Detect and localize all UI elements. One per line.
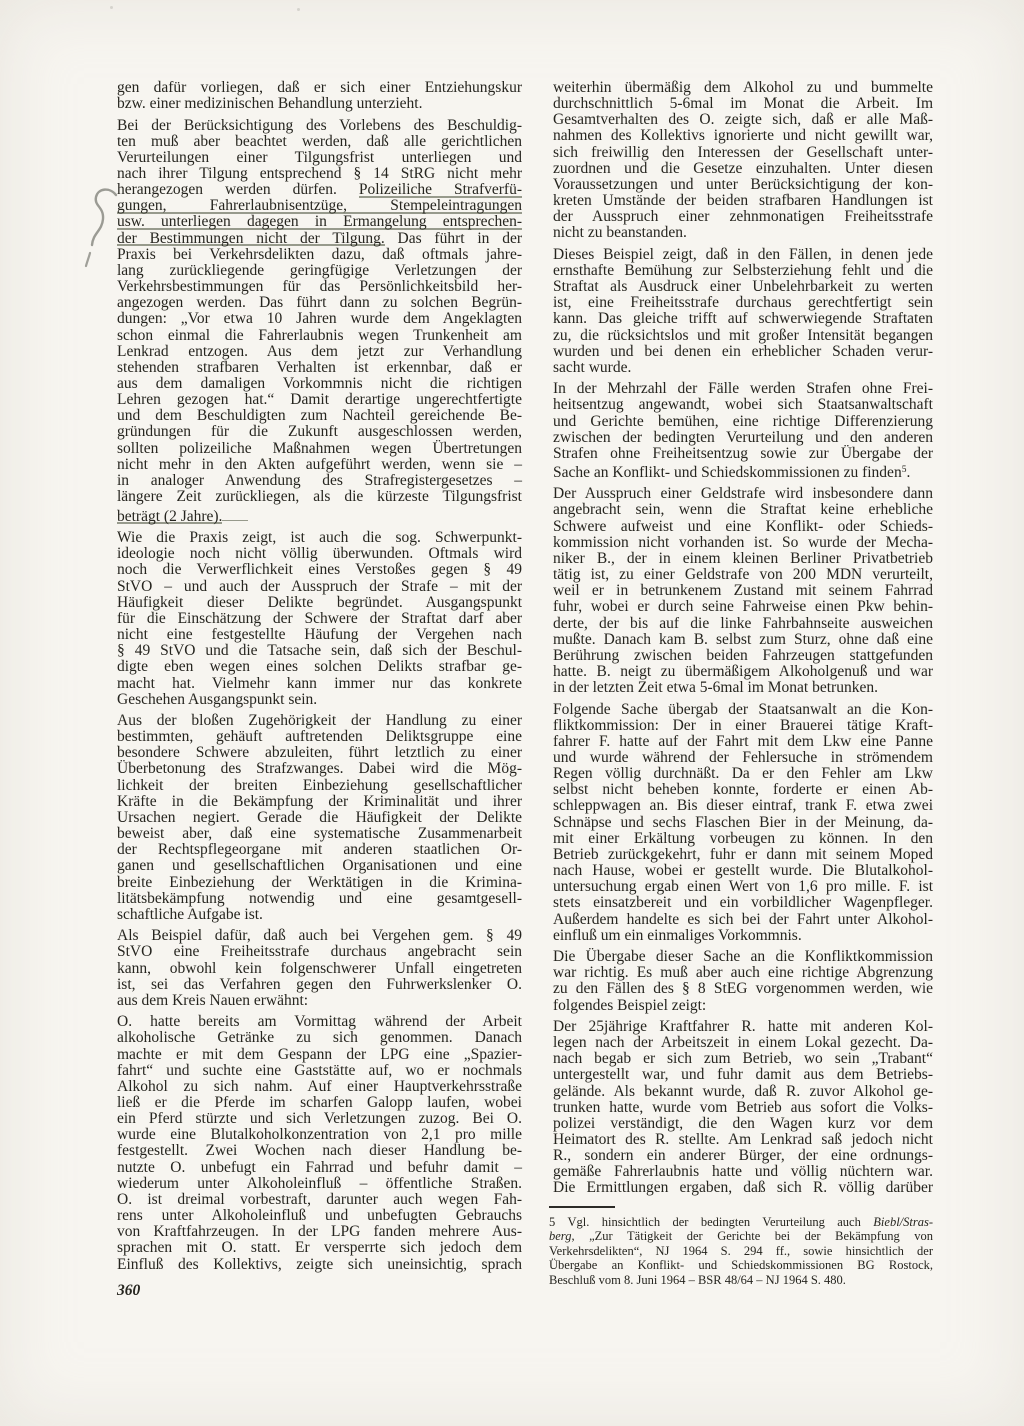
text-line: Verkehrsbestimmungen für das Persönlichk… bbox=[117, 279, 522, 295]
text-line: Berührung zwischen beiden Fahrzeugen sta… bbox=[553, 648, 933, 664]
text-line: gemäße Fahrerlaubnis hatte und völlig nü… bbox=[553, 1164, 933, 1180]
text-line: wurde eine Blutalkoholkonzentration von … bbox=[117, 1127, 522, 1143]
text-line: der Rechtspflegeorgane mit anderen staat… bbox=[117, 842, 522, 858]
text-line: legen nach der Arbeitszeit in einem Loka… bbox=[553, 1035, 933, 1051]
text-line: hatte. B. neigt zu übermäßigem Alkoholge… bbox=[553, 664, 933, 680]
text-line: kann. Das gleiche trifft auf schwerwiege… bbox=[553, 311, 933, 327]
text-line: nahmen des Kollektivs ignorierte und nic… bbox=[553, 128, 933, 144]
text-line: gen dafür vorliegen, daß er sich einer E… bbox=[117, 80, 522, 96]
text-line: litätsbekämpfung notwendig und eine gesa… bbox=[117, 891, 522, 907]
text-line: trunken hatte, wurde vom Betrieb aus sof… bbox=[553, 1100, 933, 1116]
text-line: Der Ausspruch einer Geldstrafe wird insb… bbox=[553, 486, 933, 502]
text-line: ganen und gesellschaftlichen Organisatio… bbox=[117, 858, 522, 874]
text-line: heitsentzug angewandt, wobei sich Staats… bbox=[553, 397, 933, 413]
text-line: und wurde während der Fehlersuche in str… bbox=[553, 750, 933, 766]
text-line: sollten polizeiliche Maßnahmen wegen Übe… bbox=[117, 441, 522, 457]
text-line: zuordnen und die Gesetze einzuhalten. Un… bbox=[553, 161, 933, 177]
text-line: Verurteilungen einer Tilgungsfrist unter… bbox=[117, 150, 522, 166]
text-line: ten muß aber beachtet werden, daß alle g… bbox=[117, 134, 522, 150]
text-column-right: weiterhin übermäßig dem Alkohol zu und b… bbox=[553, 80, 933, 1202]
text-line: ein Pferd stürzte und sich Verletzungen … bbox=[117, 1111, 522, 1127]
scanned-page: gen dafür vorliegen, daß er sich einer E… bbox=[0, 0, 1024, 1426]
text-line: längere Zeit zurückliegen, als die kürze… bbox=[117, 489, 522, 505]
text-line: usw. unterliegen dagegen in Ermangelung … bbox=[117, 214, 522, 230]
text-line: nach begab er sich zum Betrieb, wo sein … bbox=[553, 1051, 933, 1067]
paragraph: O. hatte bereits am Vormittag während de… bbox=[117, 1014, 522, 1273]
text-line: Geschehen Ausgangspunkt sein. bbox=[117, 692, 522, 708]
text-line: fahrt“ und suchte eine Gaststätte auf, w… bbox=[117, 1063, 522, 1079]
text-line: Einfluß des Kollektivs, zeigte sich unei… bbox=[117, 1257, 522, 1273]
text-line: angebracht sein, wenn die Straftat keine… bbox=[553, 502, 933, 518]
text-line: Lehren gezogen hat.“ Damit derartige ung… bbox=[117, 392, 522, 408]
text-line: StVO – und auch der Ausspruch der Strafe… bbox=[117, 579, 522, 595]
paragraph: Der 25jährige Kraftfahrer R. hatte mit a… bbox=[553, 1019, 933, 1197]
text-line: O. hatte bereits am Vormittag während de… bbox=[117, 1014, 522, 1030]
text-line: breite Einbeziehung der Werktätigen in d… bbox=[117, 875, 522, 891]
paragraph: Folgende Sache übergab der Staatsanwalt … bbox=[553, 702, 933, 944]
text-line: untersuchung ergab einen Wert von 1,6 pr… bbox=[553, 879, 933, 895]
text-line: von Kraftfahrzeugen. In der LPG fanden m… bbox=[117, 1224, 522, 1240]
text-line: war richtig. Es muß aber auch eine richt… bbox=[553, 965, 933, 981]
paragraph: Dieses Beispiel zeigt, daß in den Fällen… bbox=[553, 247, 933, 376]
text-line: Überbetonung des Strafzwanges. Dabei wir… bbox=[117, 761, 522, 777]
text-line: kreten Umstände der beiden strafbaren Ha… bbox=[553, 193, 933, 209]
text-line: der Bestimmungen nicht der Tilgung. Das … bbox=[117, 231, 522, 247]
text-line: O. ist dreimal vorbestraft, darunter auc… bbox=[117, 1192, 522, 1208]
text-line: ideologie noch nicht völlig überwunden. … bbox=[117, 546, 522, 562]
text-line: Regen völlig durchnäßt. Da er den Fehler… bbox=[553, 766, 933, 782]
text-line: macht hat. Vielmehr kann immer nur das k… bbox=[117, 676, 522, 692]
text-line: nicht mehr in den Akten aufgeführt werde… bbox=[117, 457, 522, 473]
text-line: StVO eine Freiheitsstrafe durchaus angeb… bbox=[117, 944, 522, 960]
text-line: mußte. Danach kam B. selbst zum Sturz, o… bbox=[553, 632, 933, 648]
text-line: sprachen mit O. statt. Er versperrte sic… bbox=[117, 1240, 522, 1256]
text-line: In der Mehrzahl der Fälle werden Strafen… bbox=[553, 381, 933, 397]
text-line: schleppwagen an. Bis dieser eintraf, tra… bbox=[553, 798, 933, 814]
text-line: bzw. einer medizinischen Behandlung unte… bbox=[117, 96, 522, 112]
pencil-underlined-text: usw. unterliegen dagegen in Ermangelung … bbox=[117, 213, 522, 230]
text-line: Praxis bei Verkehrsdelikten dazu, daß of… bbox=[117, 247, 522, 263]
text-line: Straftat als Ausdruck einer Unbelehrbark… bbox=[553, 279, 933, 295]
text-line: Folgende Sache übergab der Staatsanwalt … bbox=[553, 702, 933, 718]
paragraph: In der Mehrzahl der Fälle werden Strafen… bbox=[553, 381, 933, 481]
text-line: Schnäpse und sechs Flaschen Bier in der … bbox=[553, 815, 933, 831]
text-line: Ursachen negiert. Gerade die Häufigkeit … bbox=[117, 810, 522, 826]
pencil-underlined-text: beträgt (2 Jahre). bbox=[117, 508, 222, 525]
text-line: berg, „Zur Tätigkeit der Gerichte bei de… bbox=[549, 1229, 933, 1243]
text-line: nutzte O. unbefugt ein Fahrrad und befuh… bbox=[117, 1160, 522, 1176]
text-line: Häufigkeit dieser Delikte begründet. Aus… bbox=[117, 595, 522, 611]
text-column-left: gen dafür vorliegen, daß er sich einer E… bbox=[117, 80, 522, 1278]
text-line: durchschnittlich 5-6mal im Monat die Arb… bbox=[553, 96, 933, 112]
text-line: kann, obwohl kein folgenschwerer Unfall … bbox=[117, 961, 522, 977]
text-line: herangezogen werden dürfen. Polizeiliche… bbox=[117, 182, 522, 198]
text-line: selbst nicht beheben konnte, forderte er… bbox=[553, 782, 933, 798]
pencil-underlined-text: gungen, Fahrerlaubnisentzüge, Stempelein… bbox=[117, 197, 522, 214]
text-line: derte, der bis auf die linke Fahrbahnsei… bbox=[553, 616, 933, 632]
scan-speck bbox=[110, 6, 113, 9]
text-line: zwischen der bedingten Verurteilung und … bbox=[553, 430, 933, 446]
text-line: der Ausspruch einer zehnmonatigen Freihe… bbox=[553, 209, 933, 225]
text-line: wurden und bei denen ein erheblicher Sch… bbox=[553, 344, 933, 360]
text-line: Heimatort des R. stellte. Am Lenkrad saß… bbox=[553, 1132, 933, 1148]
text-line: sich freiwillig den Interessen der Gesel… bbox=[553, 145, 933, 161]
text-line: alkoholische Getränke zu sich genommen. … bbox=[117, 1030, 522, 1046]
text-line: Gesamtverhalten des O. zeigte sich, daß … bbox=[553, 112, 933, 128]
text-line: und Gerichte bemühen, eine richtige Diff… bbox=[553, 414, 933, 430]
text-line: wiederum unter Alkoholeinfluß – öffentli… bbox=[117, 1176, 522, 1192]
text-line: zu, die rücksichtslos und mit großer Int… bbox=[553, 328, 933, 344]
text-line: Lenkrad entzogen. Aus dem jetzt zur Verh… bbox=[117, 344, 522, 360]
text-line: ließ er die Pferde im scharfen Galopp la… bbox=[117, 1095, 522, 1111]
text-line: Verkehrsdelikten“, NJ 1964 S. 294 ff., s… bbox=[549, 1244, 933, 1258]
text-line: Sache an Konflikt- und Schiedskommission… bbox=[553, 462, 933, 481]
text-line: aus dem damaligen Vorkommnis nicht die r… bbox=[117, 376, 522, 392]
pencil-underlined-text: der Bestimmungen nicht der Tilgung. bbox=[117, 230, 385, 247]
text-line: fliktkommission: Der in einer Brauerei t… bbox=[553, 718, 933, 734]
text-line: digte eben wegen eines solchen Delikts s… bbox=[117, 659, 522, 675]
text-line: stehenden strafbaren Verhalten ist erken… bbox=[117, 360, 522, 376]
text-line: fuhr, wobei er durch seine Fahrweise ein… bbox=[553, 599, 933, 615]
text-line: Beschluß vom 8. Juni 1964 – BSR 48/64 – … bbox=[549, 1273, 933, 1287]
page-number: 360 bbox=[117, 1282, 140, 1300]
text-line: für die Einschätzung der Schwere der Str… bbox=[117, 611, 522, 627]
text-line: Der 25jährige Kraftfahrer R. hatte mit a… bbox=[553, 1019, 933, 1035]
text-line: ist, sei das Verfahren gegen den Fuhrwer… bbox=[117, 977, 522, 993]
text-line: beträgt (2 Jahre). bbox=[117, 505, 522, 525]
text-line: bestimmten, gehäuft auftretenden Delikts… bbox=[117, 729, 522, 745]
text-line: rens unter Alkoholeinfluß und unbefugten… bbox=[117, 1208, 522, 1224]
text-line: lang zurückliegende geringfügige Verletz… bbox=[117, 263, 522, 279]
paragraph: Als Beispiel dafür, daß auch bei Vergehe… bbox=[117, 928, 522, 1009]
text-line: noch die Verwerflichkeit eines Verstoßes… bbox=[117, 562, 522, 578]
text-line: Bei der Berücksichtigung des Vorlebens d… bbox=[117, 118, 522, 134]
pencil-underlined-text bbox=[222, 505, 248, 521]
text-line: schon einmal die Fahrerlaubnis wegen Tru… bbox=[117, 328, 522, 344]
text-line: schaftliche Aufgabe ist. bbox=[117, 907, 522, 923]
paragraph: Der Ausspruch einer Geldstrafe wird insb… bbox=[553, 486, 933, 696]
text-line: gungen, Fahrerlaubnisentzüge, Stempelein… bbox=[117, 198, 522, 214]
text-line: nach ihrer Tilgung entsprechend § 14 StR… bbox=[117, 166, 522, 182]
text-line: Aus der bloßen Zugehörigkeit der Handlun… bbox=[117, 713, 522, 729]
text-line: machte er mit dem Gespann der LPG eine „… bbox=[117, 1047, 522, 1063]
text-line: und dem Beschuldigten zum Nachteil gerei… bbox=[117, 408, 522, 424]
text-line: einfluß um ein einmaliges Vorkommnis. bbox=[553, 928, 933, 944]
text-line: gründungen für die Zukunft ausgeschlosse… bbox=[117, 424, 522, 440]
text-segment: berg bbox=[549, 1229, 571, 1243]
text-line: nicht zu beanstanden. bbox=[553, 225, 933, 241]
text-line: beweist aber, daß eine systematische Zus… bbox=[117, 826, 522, 842]
footnote-separator bbox=[549, 1206, 615, 1208]
text-segment: Biebl/Stras- bbox=[873, 1215, 933, 1229]
text-line: 5 Vgl. hinsichtlich der bedingten Verurt… bbox=[549, 1215, 933, 1229]
text-line: zu den Fällen des § 8 StEG vorgenommen w… bbox=[553, 981, 933, 997]
text-line: weiterhin übermäßig dem Alkohol zu und b… bbox=[553, 80, 933, 96]
text-line: festgestellt. Zwei Wochen nach dieser Ha… bbox=[117, 1143, 522, 1159]
text-line: ernsthafte Bemühung zur Selbsterziehung … bbox=[553, 263, 933, 279]
text-line: Strafen ohne Freiheitsentzug sowie zur Ü… bbox=[553, 446, 933, 462]
text-line: fahrer F. hatte auf der Fahrt mit dem Lk… bbox=[553, 734, 933, 750]
paragraph: Wie die Praxis zeigt, ist auch die sog. … bbox=[117, 530, 522, 708]
text-line: R., sondern ein anderer Bürger, der eine… bbox=[553, 1148, 933, 1164]
text-line: besondere Schwere abzuleiten, führt letz… bbox=[117, 745, 522, 761]
text-line: aus dem Kreis Nauen erwähnt: bbox=[117, 993, 522, 1009]
text-line: Alkohol zu sich nahm. Auf einer Hauptver… bbox=[117, 1079, 522, 1095]
text-line: weil er in betrunkenem Zustand mit seine… bbox=[553, 583, 933, 599]
paragraph: gen dafür vorliegen, daß er sich einer E… bbox=[117, 80, 522, 112]
text-line: niker B., der in einem kleinen Berliner … bbox=[553, 551, 933, 567]
text-line: lichkeit der breiten Einbeziehung gesell… bbox=[117, 778, 522, 794]
text-line: tätig ist, zu einer Geldstrafe von 200 M… bbox=[553, 567, 933, 583]
text-line: dungen: „Vor etwa 10 Jahren wurde dem An… bbox=[117, 311, 522, 327]
text-line: mit einer Erkältung vorbeugen zu können.… bbox=[553, 831, 933, 847]
text-line: Betrieb zurückgekehrt, fuhr er dann mit … bbox=[553, 847, 933, 863]
text-line: kommission nicht vorhanden ist. So wurde… bbox=[553, 535, 933, 551]
text-line: sacht wurde. bbox=[553, 360, 933, 376]
text-line: untergestellt war, und fuhr damit aus de… bbox=[553, 1067, 933, 1083]
text-line: nach Hause, wobei er gestellt wurde. Die… bbox=[553, 863, 933, 879]
footnote: 5 Vgl. hinsichtlich der bedingten Verurt… bbox=[549, 1215, 933, 1287]
text-line: in der letzten Zeit etwa 5-6mal im Monat… bbox=[553, 680, 933, 696]
text-line: Wie die Praxis zeigt, ist auch die sog. … bbox=[117, 530, 522, 546]
text-line: Die Übergabe dieser Sache an die Konflik… bbox=[553, 949, 933, 965]
text-line: angezogen werden. Das führt dann zu solc… bbox=[117, 295, 522, 311]
text-line: Voraussetzungen und unter Berücksichtigu… bbox=[553, 177, 933, 193]
text-line: Kräfte in die Bekämpfung der Kriminalitä… bbox=[117, 794, 522, 810]
text-line: polizei verständigt, die den Wagen kurz … bbox=[553, 1116, 933, 1132]
text-line: Als Beispiel dafür, daß auch bei Vergehe… bbox=[117, 928, 522, 944]
text-line: stets einsatzbereit und ein vorbildliche… bbox=[553, 895, 933, 911]
text-line: Dieses Beispiel zeigt, daß in den Fällen… bbox=[553, 247, 933, 263]
text-line: Schwere aufweist und eine Konflikt- oder… bbox=[553, 519, 933, 535]
text-line: Die Ermittlungen ergaben, daß sich R. vö… bbox=[553, 1180, 933, 1196]
paragraph: Aus der bloßen Zugehörigkeit der Handlun… bbox=[117, 713, 522, 923]
text-line: § 49 StVO und die Tatsache sein, daß sic… bbox=[117, 643, 522, 659]
paragraph: Die Übergabe dieser Sache an die Konflik… bbox=[553, 949, 933, 1014]
text-line: in analoger Anwendung des Strafregisterg… bbox=[117, 473, 522, 489]
text-line: nicht eine festgestellte Häufung der Ver… bbox=[117, 627, 522, 643]
text-line: Übergabe an Konflikt- und Schiedskommiss… bbox=[549, 1258, 933, 1272]
text-line: folgendes Beispiel zeigt: bbox=[553, 998, 933, 1014]
footnote-reference: 5 bbox=[902, 465, 907, 475]
text-line: ist, eine Freiheitsstrafe durchaus gerec… bbox=[553, 295, 933, 311]
text-line: gelände. Als bekannt wurde, daß R. zuvor… bbox=[553, 1084, 933, 1100]
paragraph: weiterhin übermäßig dem Alkohol zu und b… bbox=[553, 80, 933, 242]
paragraph: Bei der Berücksichtigung des Vorlebens d… bbox=[117, 118, 522, 525]
text-line: Außerdem handelte es sich bei der Fahrt … bbox=[553, 912, 933, 928]
pencil-underlined-text: Polizeiliche Strafverfü- bbox=[359, 181, 522, 198]
scan-speck bbox=[297, 8, 300, 11]
